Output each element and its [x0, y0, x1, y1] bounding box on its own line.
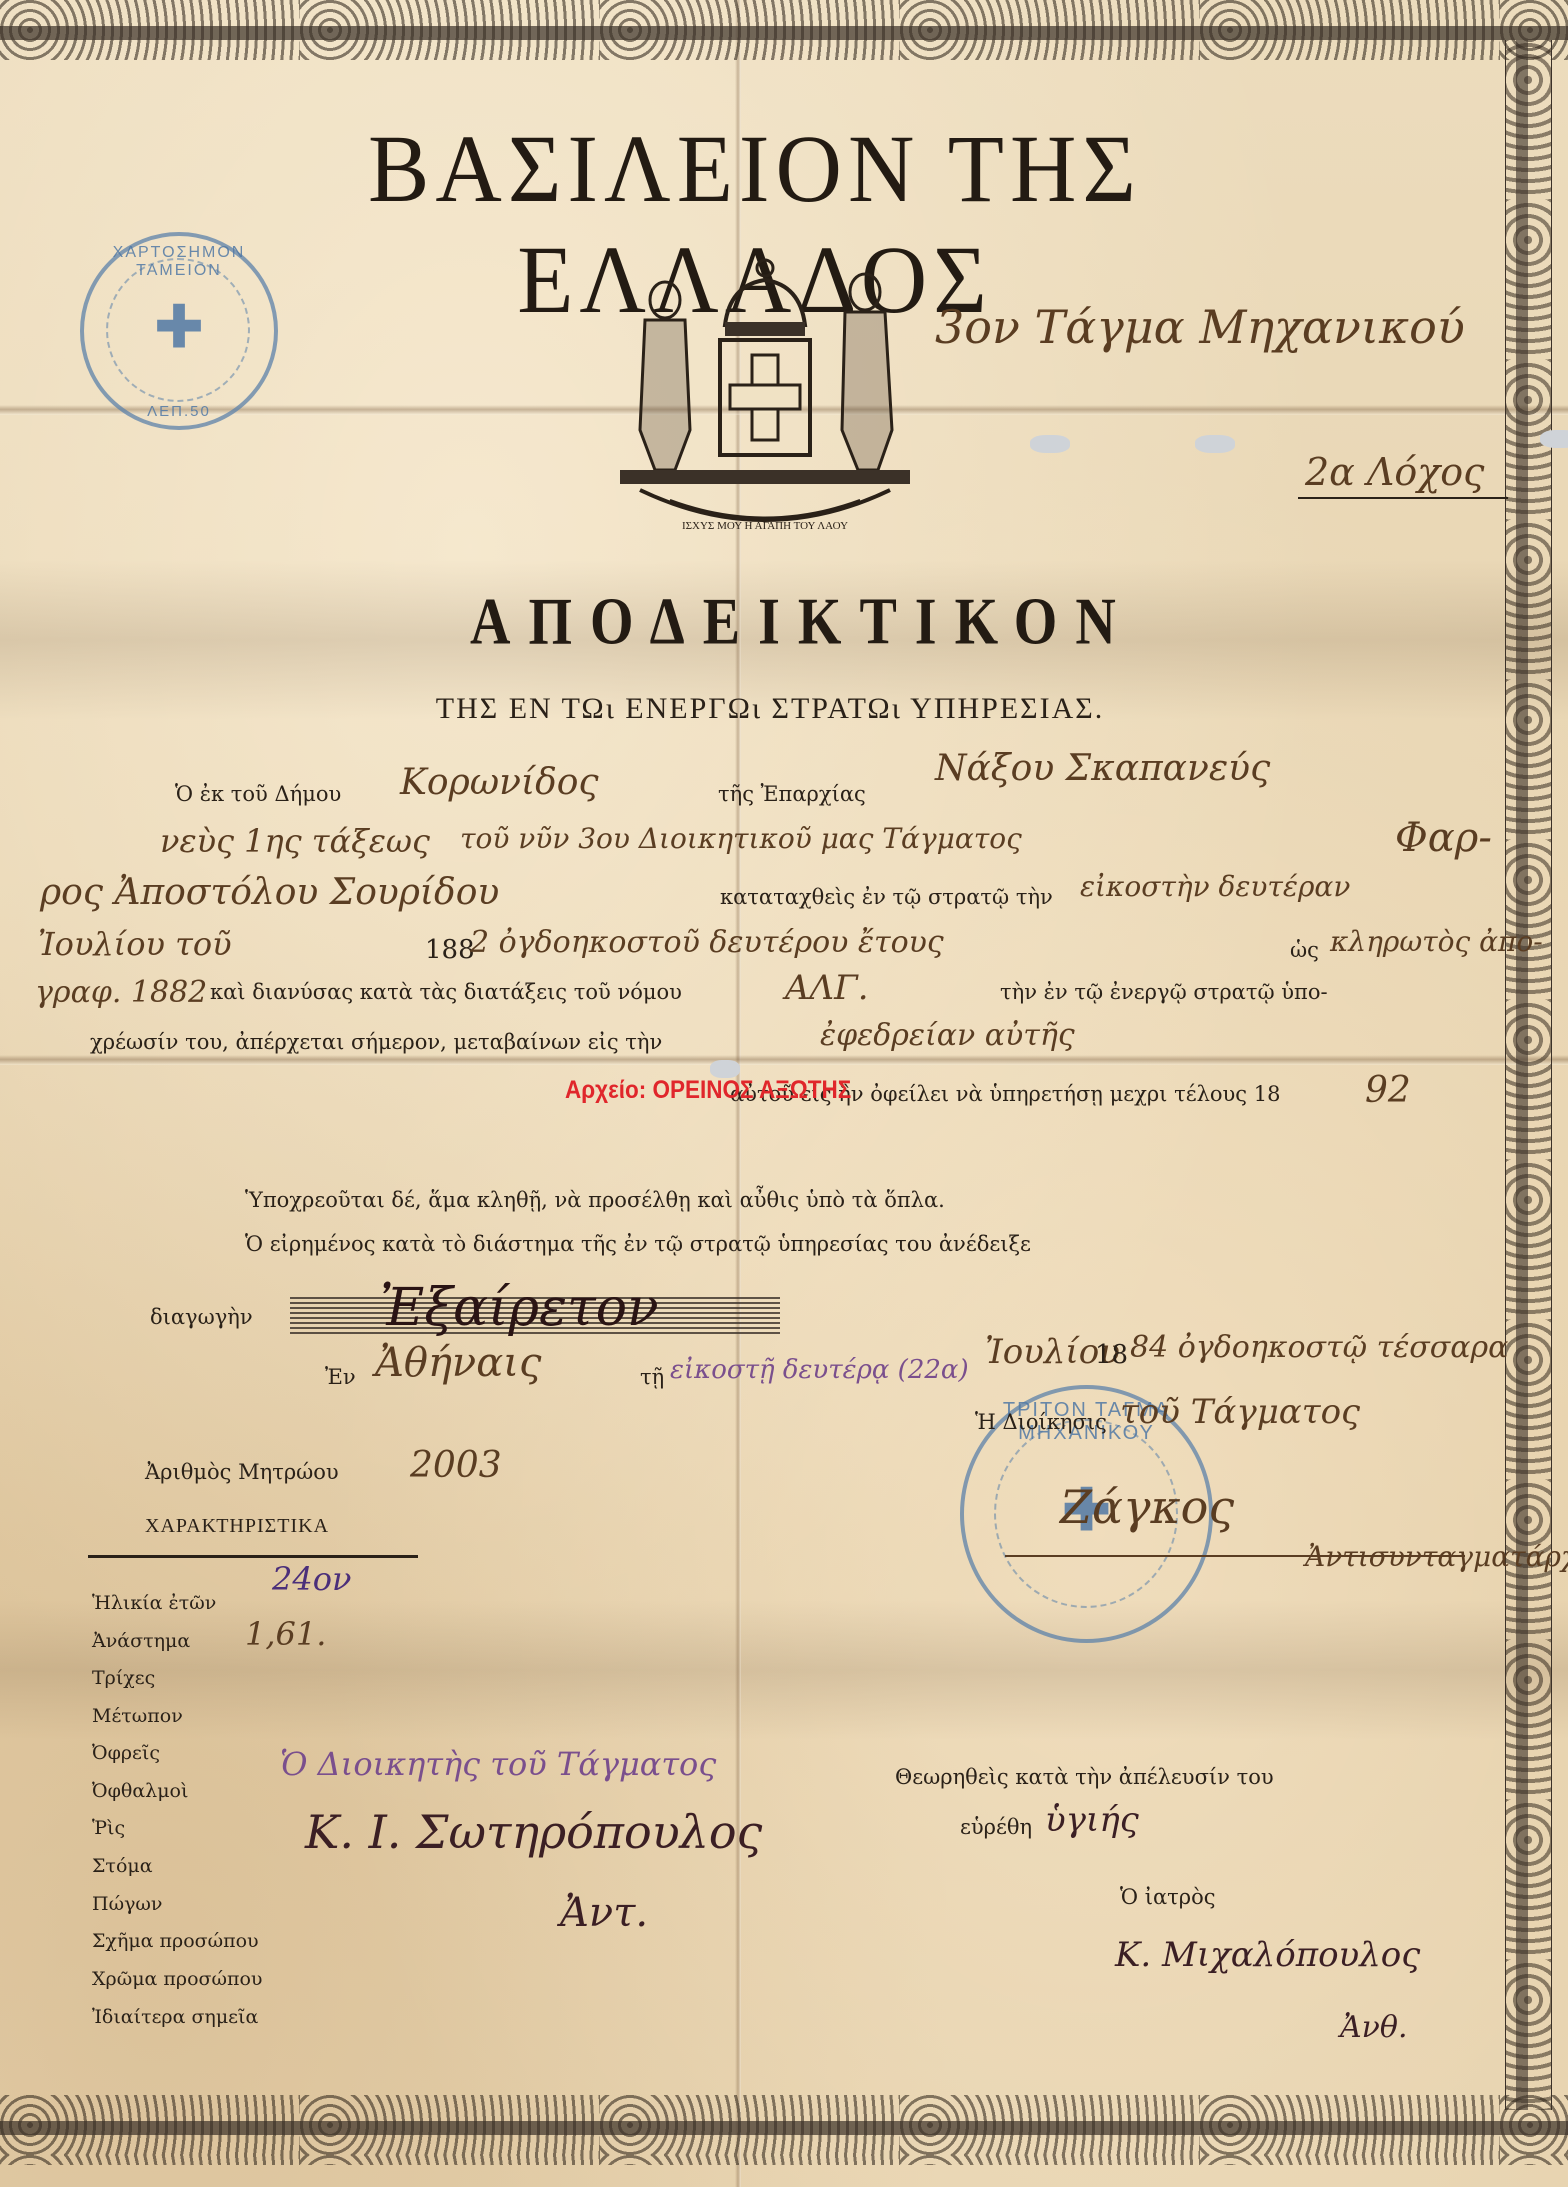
year-prefix: 188: [425, 935, 475, 965]
law-number-handwritten: ΑΛΓ.: [785, 968, 869, 1008]
conduct-label: διαγωγὴν: [150, 1305, 253, 1329]
commander-signature-lower: Κ. Ι. Σωτηρόπουλος: [305, 1805, 762, 1859]
surname-handwritten: Φαρ-: [1395, 815, 1492, 861]
enlist-month-handwritten: Ἰουλίου τοῦ: [38, 925, 232, 963]
paper-hole: [1540, 430, 1568, 448]
company-handwritten: 2α Λόχος: [1305, 450, 1484, 494]
char-label-eyebrows: Ὀφρεῖς: [92, 1742, 160, 1764]
body-text: ὡς: [1290, 938, 1319, 962]
unit-handwritten: 3ον Τάγμα Μηχανικού: [935, 300, 1465, 354]
coat-of-arms-icon: [600, 230, 930, 550]
place-handwritten: Ἀθήναις: [375, 1340, 541, 1386]
conscript-handwritten: κληρωτὸς ἀπο-: [1330, 925, 1543, 958]
signature-stroke: [1005, 1555, 1465, 1557]
body-text: χρέωσίν του, ἀπέρχεται σήμερον, μεταβαίν…: [90, 1030, 662, 1054]
battalion-handwritten: τοῦ νῦν 3ου Διοικητικοῦ μας Τάγματος: [460, 822, 1022, 855]
service-end-year-handwritten: 92: [1365, 1070, 1411, 1111]
medical-found-label: εὑρέθη: [960, 1815, 1032, 1839]
reserve-handwritten: ἐφεδρείαν αὐτῆς: [820, 1018, 1075, 1053]
doctor-signature: Κ. Μιχαλόπουλος: [1115, 1935, 1420, 1975]
char-label-nose: Ῥὶς: [92, 1817, 125, 1839]
body-text: Ὁ ἐκ τοῦ Δήμου: [175, 782, 341, 806]
char-label-eyes: Ὀφθαλμοὶ: [92, 1780, 188, 1802]
char-label-mouth: Στόμα: [92, 1855, 153, 1877]
date-year-handwritten: 84 ὀγδοηκοστῷ τέσσαρα: [1130, 1330, 1508, 1365]
commander-note-violet: Ὁ Διοικητὴς τοῦ Τάγματος: [280, 1745, 716, 1783]
char-label-forehead: Μέτωπον: [92, 1705, 183, 1727]
char-label-hair: Τρίχες: [92, 1667, 155, 1689]
coat-motto: ΙΣΧΥΣ ΜΟΥ Η ΑΓΑΠΗ ΤΟΥ ΛΑΟΥ: [680, 520, 850, 532]
body-text: καὶ διανύσας κατὰ τὰς διατάξεις τοῦ νόμο…: [210, 980, 682, 1004]
cross-icon: ✚: [154, 293, 204, 363]
char-label-height: Ἀνάστημα: [92, 1630, 190, 1652]
doctor-suffix: Ἀνθ.: [1340, 2010, 1408, 2045]
archive-watermark: Αρχείο: ΟΡΕΙΝΟΣ ΑΞΩΤΗΣ: [565, 1076, 851, 1105]
underline: [1298, 497, 1508, 499]
commander-signature: Ζάγκος: [1060, 1480, 1234, 1534]
rank-handwritten: νεὺς 1ης τάξεως: [160, 822, 430, 860]
date-year-prefix: 18: [1095, 1340, 1128, 1370]
doctor-label: Ὁ ἰατρὸς: [1120, 1885, 1216, 1909]
coat-of-arms: ΙΣΧΥΣ ΜΟΥ Η ΑΓΑΠΗ ΤΟΥ ΛΑΟΥ: [600, 230, 930, 550]
date-label: τῇ: [640, 1365, 664, 1389]
char-label-beard: Πώγων: [92, 1893, 162, 1915]
municipality-handwritten: Κορωνίδος: [400, 762, 599, 803]
tax-stamp: ΧΑΡΤΟΣΗΜΟΝ ΤΑΜΕΙΟΝ ✚ ΛΕΠ.50: [80, 232, 278, 430]
paper-hole: [1030, 435, 1070, 453]
health-status-handwritten: ὑγιής: [1045, 1800, 1139, 1840]
stamp-value-text: ΛΕΠ.50: [84, 403, 274, 420]
heading-rule: [88, 1555, 418, 1558]
ornamental-border-bottom: [0, 2095, 1568, 2165]
body-text: τῆς Ἐπαρχίας: [718, 782, 866, 806]
char-value-age: 24ον: [272, 1560, 351, 1598]
char-label-face-shape: Σχῆμα προσώπου: [92, 1930, 259, 1952]
body-text: καταταχθεὶς ἐν τῷ στρατῷ τὴν: [720, 885, 1053, 909]
registry-value-handwritten: 2003: [410, 1445, 502, 1486]
conduct-value-handwritten: Ἐξαίρετον: [380, 1278, 659, 1338]
ornamental-border-top: [0, 0, 1568, 60]
certificate-subtitle: ΤΗΣ ΕΝ ΤΩι ΕΝΕΡΓΩι ΣΤΡΑΤΩι ΥΠΗΡΕΣΙΑΣ.: [290, 692, 1250, 726]
name-handwritten: ρος Ἀποστόλου Σουρίδου: [40, 872, 499, 913]
signature-flourish: Ἀντ.: [560, 1890, 648, 1936]
horizontal-fold-line: [0, 1055, 1568, 1065]
char-label-complexion: Χρῶμα προσώπου: [92, 1968, 262, 1990]
class-year-handwritten: γραφ. 1882: [35, 975, 207, 1010]
province-handwritten: Νάξου Σκαπανεύς: [935, 748, 1270, 789]
obligation-text: Ὑποχρεοῦται δέ, ἅμα κληθῇ, νὰ προσέλθῃ κ…: [245, 1188, 945, 1212]
registry-label: Ἀριθμὸς Μητρώου: [145, 1460, 339, 1484]
char-value-height: 1,61.: [245, 1615, 326, 1653]
body-text: τὴν ἐν τῷ ἐνεργῷ στρατῷ ὑπο-: [1000, 980, 1328, 1004]
command-label: Ἡ Διοίκησις: [975, 1410, 1107, 1434]
characteristics-heading: ΧΑΡΑΚΤΗΡΙΣΤΙΚΑ: [145, 1515, 329, 1538]
place-label: Ἐν: [325, 1365, 356, 1389]
stamp-ring-text: ΧΑΡΤΟΣΗΜΟΝ ΤΑΜΕΙΟΝ: [84, 244, 274, 280]
date-day-handwritten: εἰκοστῇ δευτέρᾳ (22α): [670, 1355, 969, 1385]
command-handwritten: τοῦ Τάγματος: [1120, 1392, 1360, 1432]
ornamental-border-right: [1505, 40, 1552, 2110]
medical-text: Θεωρηθεὶς κατὰ τὴν ἀπέλευσίν του: [895, 1765, 1274, 1789]
char-label-distinguishing-marks: Ἰδιαίτερα σημεῖα: [92, 2006, 258, 2028]
enlist-day-handwritten: εἰκοστὴν δευτέραν: [1080, 870, 1350, 903]
fold-shadow: [0, 1600, 1568, 1740]
paper-hole: [1195, 435, 1235, 453]
certificate-title: ΑΠΟΔΕΙΚΤΙΚΟΝ: [470, 584, 1090, 661]
service-text: Ὁ εἰρημένος κατὰ τὸ διάστημα τῆς ἐν τῷ σ…: [245, 1232, 1031, 1256]
char-label-age: Ἡλικία ἐτῶν: [92, 1592, 216, 1614]
enlist-year-handwritten: 2 ὀγδοηκοστοῦ δευτέρου ἔτους: [470, 925, 944, 960]
